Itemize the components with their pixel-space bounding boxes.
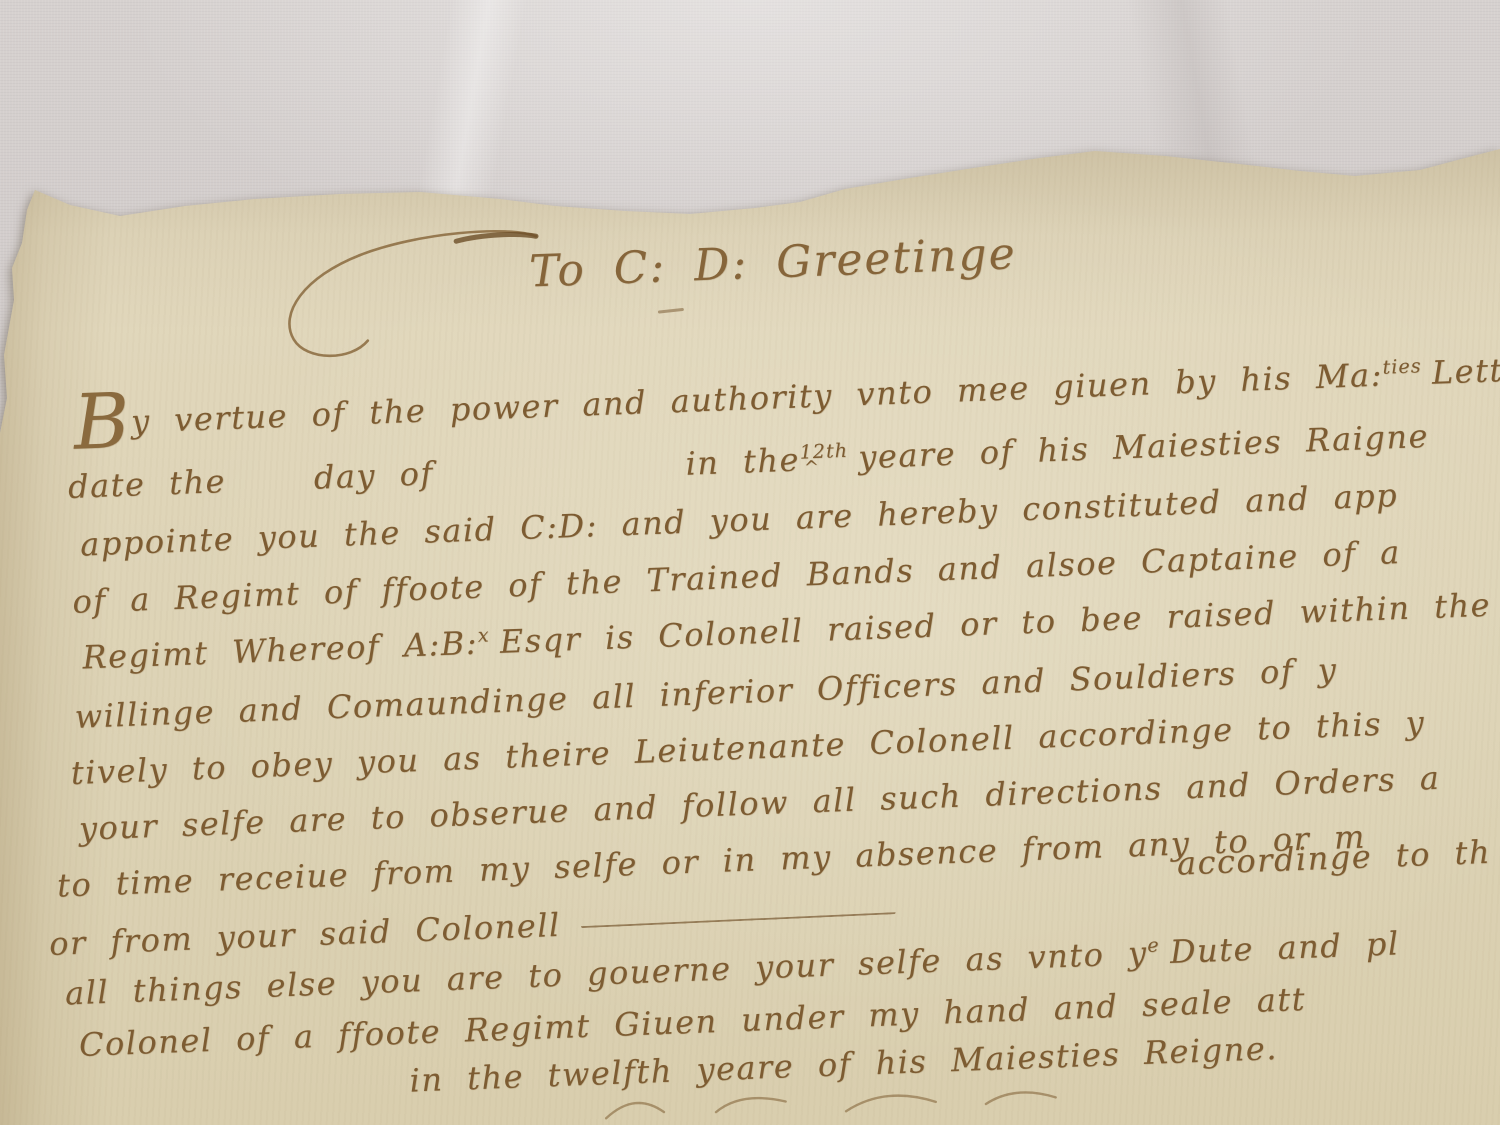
heading-swash-flourish-icon [268,221,573,372]
line-2-date-the: date the [67,462,226,506]
line-11-superscript-e: e [1147,933,1160,956]
line-1-tail: Lett [1431,351,1500,392]
blank-name-rule [581,908,896,928]
heading-underdash [658,308,684,314]
line-5-text: Regimt Whereof A:B: [82,624,479,677]
document-heading: To C: D: Greetinge [528,228,1017,297]
line-11-tail: Dute and pl [1169,924,1400,971]
line-2-yeare-text: yeare of his Maiesties Raigne [858,417,1430,476]
decorated-initial-B: B [72,376,133,467]
handwriting-layer: To C: D: Greetinge By vertue of the powe… [0,0,1500,1125]
line-5-superscript-x: x [477,623,490,646]
line-2-in-the: in the [685,441,801,483]
insertion-caret-icon: ^ [804,458,821,479]
line-1-superscript-ties: ties [1382,354,1422,378]
heading-text: To C: D: Greetinge [528,228,1017,297]
line-10-text: or from your said Colonell [49,906,562,963]
line-2-day-of: day of [313,454,434,496]
photograph-of-manuscript: To C: D: Greetinge By vertue of the powe… [0,0,1500,1125]
